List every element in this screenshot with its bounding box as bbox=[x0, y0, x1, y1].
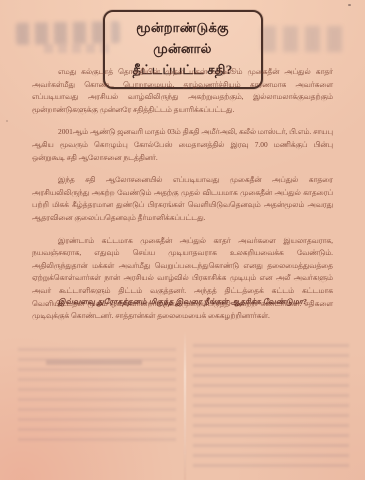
paragraph-2: 2001ஆம் ஆண்டு ஜனவரி மாதம் 03ம் திகதி அமீ… bbox=[32, 126, 333, 164]
ink-speck bbox=[348, 4, 351, 6]
body-text: எமது கல்குடாத் தொகுதியின் முதல் மகன் மர்… bbox=[0, 66, 365, 333]
headline-line-1: மூன்றாண்டுக்கு முன்னால் bbox=[113, 17, 253, 59]
bleed-through-column-right bbox=[193, 344, 349, 474]
paragraph-3: இந்த சதி ஆலோசனையில் எப்படியாவது முகைதீன்… bbox=[32, 174, 333, 224]
paragraph-1: எமது கல்குடாத் தொகுதியின் முதல் மகன் மர்… bbox=[32, 66, 333, 116]
bleed-through-subtext-left bbox=[44, 44, 110, 53]
bleed-through-column-left-heading bbox=[46, 360, 142, 365]
bleed-through-masthead-right bbox=[261, 26, 347, 52]
paper-fold-line bbox=[184, 330, 186, 480]
paragraph-4: இரண்டாம் கட்டமாக முகைதீன் அப்துல் காதர் … bbox=[32, 235, 333, 323]
scanned-pamphlet-page: மூன்றாண்டுக்கு முன்னால் தீட்டப்பட்ட சதி?… bbox=[0, 0, 365, 480]
closing-question: இவ்வளவு துரோகத்தனம் மிகுந்த இவரை நீங்கள்… bbox=[0, 297, 365, 307]
